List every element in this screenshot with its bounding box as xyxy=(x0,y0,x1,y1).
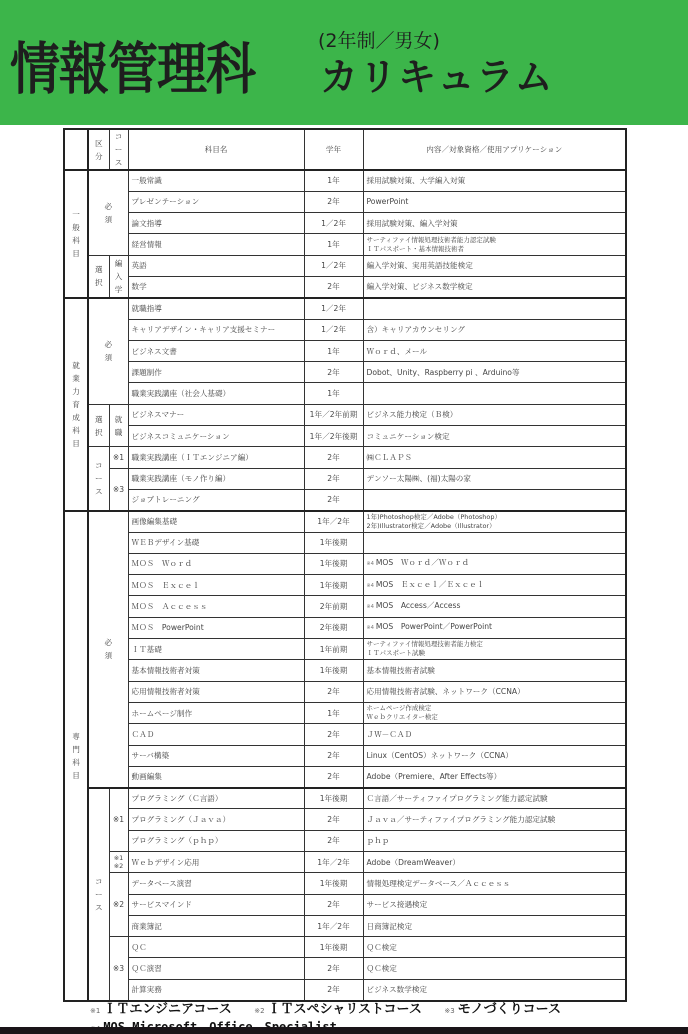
header-subject: 科目名 xyxy=(128,129,304,170)
table-row: ※3 職業実践講座（モノ作り編） 2年 デンソー太陽㈱、(福)太陽の家 xyxy=(64,468,626,489)
subject-cell: キャリアデザイン・キャリア支援セミナー xyxy=(128,319,304,340)
content-cell: 日商簿記検定 xyxy=(363,915,626,936)
label-required: 必須 xyxy=(88,511,128,788)
content-cell: ホームページ作成検定Ｗｅｂクリエイター検定 xyxy=(363,702,626,723)
year-cell: 1年後期 xyxy=(304,788,363,809)
label-course: コース xyxy=(88,447,109,511)
subject-cell: ジョブトレーニング xyxy=(128,489,304,510)
content-cell: Ｗｏｒｄ、メール xyxy=(363,340,626,361)
content-cell: サービス接遇検定 xyxy=(363,894,626,915)
table-row: ＩＴ基礎 1年前期 サーティファイ情報処理技術者能力検定ＩＴパスポート試験 xyxy=(64,639,626,660)
content-cell: ＪＷ－ＣＡＤ xyxy=(363,724,626,745)
year-cell: 2年 xyxy=(304,447,363,468)
table-row: コース ※1 職業実践講座（ＩＴエンジニア編） 2年 ㈱ＣＬＡＰＳ xyxy=(64,447,626,468)
subject-cell: ビジネスコミュニケーション xyxy=(128,426,304,447)
subject-cell: プレゼンテーション xyxy=(128,191,304,212)
table-row: コース ※1 プログラミング（Ｃ言語） 1年後期 Ｃ言語／サーティファイプログラ… xyxy=(64,788,626,809)
year-cell: 2年 xyxy=(304,681,363,702)
label-elective: 選択 xyxy=(88,255,109,298)
bottom-edge-band xyxy=(0,1027,688,1034)
year-cell: 1／2年 xyxy=(304,213,363,234)
content-cell: 基本情報技術者試験 xyxy=(363,660,626,681)
table-row: 動画編集 2年 Adobe（Premiere、After Effects等） xyxy=(64,766,626,787)
year-cell: 1年後期 xyxy=(304,553,363,574)
year-cell: 2年 xyxy=(304,766,363,787)
year-cell: 1年／2年後期 xyxy=(304,426,363,447)
content-cell: Adobe（DreamWeaver） xyxy=(363,852,626,873)
table-row: ビジネス文書 1年 Ｗｏｒｄ、メール xyxy=(64,340,626,361)
content-cell: 情報処理検定データベース／Ａｃｃｅｓｓ xyxy=(363,873,626,894)
content-cell: 採用試験対策、大学編入対策 xyxy=(363,170,626,191)
content-cell: デンソー太陽㈱、(福)太陽の家 xyxy=(363,468,626,489)
subject-cell: データベース演習 xyxy=(128,873,304,894)
content-cell: 採用試験対策、編入学対策 xyxy=(363,213,626,234)
table-row: 専門科目 必須 画像編集基礎 1年／2年 1年)Photoshop検定／Adob… xyxy=(64,511,626,532)
table-row: 選択 就職 ビジネスマナー 1年／2年前期 ビジネス能力検定（Ｂ検） xyxy=(64,404,626,425)
content-cell: 編入学対策、ビジネス数学検定 xyxy=(363,276,626,297)
year-cell: 2年 xyxy=(304,276,363,297)
subject-cell: ＱＣ演習 xyxy=(128,958,304,979)
content-cell: 含）キャリアカウンセリング xyxy=(363,319,626,340)
subject-cell: サービスマインド xyxy=(128,894,304,915)
subject-cell: ＩＴ基礎 xyxy=(128,639,304,660)
header-year: 学年 xyxy=(304,129,363,170)
curriculum-table: 区分 コース 科目名 学年 内容／対象資格／使用アプリケーション 一般科目 必須… xyxy=(63,128,627,1002)
subject-cell: ＭＯＳ Ａｃｃｅｓｓ xyxy=(128,596,304,617)
table-row: プログラミング（Ｊａｖａ） 2年 Ｊａｖａ／サーティファイプログラミング能力認定… xyxy=(64,809,626,830)
table-row: ※1※2 Ｗｅｂデザイン応用 1年／2年 Adobe（DreamWeaver） xyxy=(64,852,626,873)
course-mark-3: ※3 xyxy=(109,468,128,511)
table-row: 選択 編入学 英語 1／2年 編入学対策、実用英語技能検定 xyxy=(64,255,626,276)
year-cell: 1年後期 xyxy=(304,937,363,958)
content-cell: ｐｈｐ xyxy=(363,830,626,851)
subject-cell: 職業実践講座（モノ作り編） xyxy=(128,468,304,489)
label-required: 必須 xyxy=(88,170,128,255)
table-row: 基本情報技術者対策 1年後期 基本情報技術者試験 xyxy=(64,660,626,681)
table-row: ＭＯＳ PowerPoint 2年後期 ※4MOS PowerPoint／Pow… xyxy=(64,617,626,638)
subject-cell: ＭＯＳ Ｅｘｃｅｌ xyxy=(128,575,304,596)
year-cell: 2年 xyxy=(304,468,363,489)
content-cell: PowerPoint xyxy=(363,191,626,212)
table-row: プレゼンテーション 2年 PowerPoint xyxy=(64,191,626,212)
course-mark-1: ※1 xyxy=(109,788,128,852)
subject-cell: 職業実践講座（社会人基礎） xyxy=(128,383,304,404)
content-cell xyxy=(363,383,626,404)
subject-cell: 英語 xyxy=(128,255,304,276)
table-row: 計算実務 2年 ビジネス数学検定 xyxy=(64,979,626,1000)
subject-cell: ＭＯＳ Ｗｏｒｄ xyxy=(128,553,304,574)
year-cell: 2年 xyxy=(304,191,363,212)
course-mark-1: ※1 xyxy=(109,447,128,468)
year-cell: 1／2年 xyxy=(304,255,363,276)
content-cell: ※4MOS Access／Access xyxy=(363,596,626,617)
year-cell: 2年 xyxy=(304,979,363,1000)
course-mark-1-2: ※1※2 xyxy=(109,852,128,873)
subject-cell: プログラミング（Ｃ言語） xyxy=(128,788,304,809)
footnote-it-engineer: ※1ＩＴエンジニアコース xyxy=(90,1002,232,1017)
year-cell: 1年 xyxy=(304,234,363,255)
table-row: 一般科目 必須 一般常識 1年 採用試験対策、大学編入対策 xyxy=(64,170,626,191)
subject-cell: ＱＣ xyxy=(128,937,304,958)
page-header: 情報管理科 (2年制／男女) カリキュラム xyxy=(0,0,688,125)
header-kubun: 区分 xyxy=(88,129,109,170)
subject-cell: サーバ構築 xyxy=(128,745,304,766)
subject-cell: 経営情報 xyxy=(128,234,304,255)
subject-cell: 基本情報技術者対策 xyxy=(128,660,304,681)
section-specialty: 専門科目 xyxy=(64,511,88,1001)
content-cell: 応用情報技術者試験、ネットワーク（CCNA） xyxy=(363,681,626,702)
year-cell: 1年前期 xyxy=(304,639,363,660)
subject-cell: 画像編集基礎 xyxy=(128,511,304,532)
content-cell: ※4MOS Ｗｏｒｄ／Ｗｏｒｄ xyxy=(363,553,626,574)
year-cell: 2年 xyxy=(304,809,363,830)
year-cell: 2年 xyxy=(304,958,363,979)
subject-cell: 応用情報技術者対策 xyxy=(128,681,304,702)
subject-cell: 動画編集 xyxy=(128,766,304,787)
label-job: 就職 xyxy=(109,404,128,447)
content-cell xyxy=(363,532,626,553)
table-row: ＣＡＤ 2年 ＪＷ－ＣＡＤ xyxy=(64,724,626,745)
table-row: 就業力育成科目 必須 就職指導 1／2年 xyxy=(64,298,626,319)
header-content: 内容／対象資格／使用アプリケーション xyxy=(363,129,626,170)
footnote-it-specialist: ※2ＩＴスペシャリストコース xyxy=(254,1002,422,1017)
content-cell: Adobe（Premiere、After Effects等） xyxy=(363,766,626,787)
department-subtitle: (2年制／男女) xyxy=(318,30,440,52)
subject-cell: Ｗｅｂデザイン応用 xyxy=(128,852,304,873)
table-row: 数学 2年 編入学対策、ビジネス数学検定 xyxy=(64,276,626,297)
year-cell: 2年後期 xyxy=(304,617,363,638)
subject-cell: 商業簿記 xyxy=(128,915,304,936)
table-row: 商業簿記 1年／2年 日商簿記検定 xyxy=(64,915,626,936)
table-row: ＱＣ演習 2年 ＱＣ検定 xyxy=(64,958,626,979)
subject-cell: プログラミング（ｐｈｐ） xyxy=(128,830,304,851)
table-row: ビジネスコミュニケーション 1年／2年後期 コミュニケーション検定 xyxy=(64,426,626,447)
content-cell: ＱＣ検定 xyxy=(363,937,626,958)
subject-cell: 職業実践講座（ＩＴエンジニア編） xyxy=(128,447,304,468)
label-elective: 選択 xyxy=(88,404,109,447)
table-row: プログラミング（ｐｈｐ） 2年 ｐｈｐ xyxy=(64,830,626,851)
table-row: 論文指導 1／2年 採用試験対策、編入学対策 xyxy=(64,213,626,234)
course-mark-2: ※2 xyxy=(109,873,128,937)
table-row: 課題制作 2年 Dobot、Unity、Raspberry pi 、Arduin… xyxy=(64,362,626,383)
subject-cell: ビジネス文書 xyxy=(128,340,304,361)
subject-cell: ビジネスマナー xyxy=(128,404,304,425)
year-cell: 1年／2年前期 xyxy=(304,404,363,425)
subject-cell: 数学 xyxy=(128,276,304,297)
year-cell: 2年 xyxy=(304,489,363,510)
subject-cell: 計算実務 xyxy=(128,979,304,1000)
year-cell: 2年 xyxy=(304,745,363,766)
content-cell: 1年)Photoshop検定／Adobe（Photoshop）2年)Illust… xyxy=(363,511,626,532)
table-row: ジョブトレーニング 2年 xyxy=(64,489,626,510)
year-cell: 1年後期 xyxy=(304,873,363,894)
course-mark-3: ※3 xyxy=(109,937,128,1001)
subject-cell: 課題制作 xyxy=(128,362,304,383)
year-cell: 1年 xyxy=(304,383,363,404)
table-row: ＭＯＳ Ａｃｃｅｓｓ 2年前期 ※4MOS Access／Access xyxy=(64,596,626,617)
label-required: 必須 xyxy=(88,298,128,404)
year-cell: 1年／2年 xyxy=(304,915,363,936)
content-cell: ㈱ＣＬＡＰＳ xyxy=(363,447,626,468)
content-cell: サーティファイ情報処理技術者能力検定ＩＴパスポート試験 xyxy=(363,639,626,660)
content-cell: ビジネス能力検定（Ｂ検） xyxy=(363,404,626,425)
table-row: ＷＥＢデザイン基礎 1年後期 xyxy=(64,532,626,553)
subject-cell: 論文指導 xyxy=(128,213,304,234)
year-cell: 1年 xyxy=(304,340,363,361)
content-cell: ビジネス数学検定 xyxy=(363,979,626,1000)
footnote-line-1: ※1ＩＴエンジニアコース ※2ＩＴスペシャリストコース ※3モノづくりコース xyxy=(90,1002,650,1019)
content-cell: Ｃ言語／サーティファイプログラミング能力認定試験 xyxy=(363,788,626,809)
table-row: 経営情報 1年 サーティファイ情報処理技術者能力認定試験ＩＴパスポート・基本情報… xyxy=(64,234,626,255)
table-row: ホームページ制作 1年 ホームページ作成検定Ｗｅｂクリエイター検定 xyxy=(64,702,626,723)
department-title: 情報管理科 xyxy=(10,36,255,103)
table-row: サーバ構築 2年 Linux（CentOS）ネットワーク（CCNA） xyxy=(64,745,626,766)
table-row: サービスマインド 2年 サービス接遇検定 xyxy=(64,894,626,915)
year-cell: 2年 xyxy=(304,724,363,745)
content-cell: ＱＣ検定 xyxy=(363,958,626,979)
table-header-row: 区分 コース 科目名 学年 内容／対象資格／使用アプリケーション xyxy=(64,129,626,170)
content-cell: Dobot、Unity、Raspberry pi 、Arduino等 xyxy=(363,362,626,383)
subject-cell: プログラミング（Ｊａｖａ） xyxy=(128,809,304,830)
footnote-monozukuri: ※3モノづくりコース xyxy=(444,1002,561,1017)
subject-cell: ＷＥＢデザイン基礎 xyxy=(128,532,304,553)
year-cell: 2年前期 xyxy=(304,596,363,617)
content-cell: Ｊａｖａ／サーティファイプログラミング能力認定試験 xyxy=(363,809,626,830)
year-cell: 1／2年 xyxy=(304,298,363,319)
subject-cell: 一般常識 xyxy=(128,170,304,191)
content-cell: サーティファイ情報処理技術者能力認定試験ＩＴパスポート・基本情報技術者 xyxy=(363,234,626,255)
header-category xyxy=(64,129,88,170)
subject-cell: ホームページ制作 xyxy=(128,702,304,723)
year-cell: 1／2年 xyxy=(304,319,363,340)
year-cell: 1年後期 xyxy=(304,532,363,553)
content-cell: Linux（CentOS）ネットワーク（CCNA） xyxy=(363,745,626,766)
table-row: ＭＯＳ Ｅｘｃｅｌ 1年後期 ※4MOS Ｅｘｃｅｌ／Ｅｘｃｅｌ xyxy=(64,575,626,596)
table-row: ＭＯＳ Ｗｏｒｄ 1年後期 ※4MOS Ｗｏｒｄ／Ｗｏｒｄ xyxy=(64,553,626,574)
table-row: 応用情報技術者対策 2年 応用情報技術者試験、ネットワーク（CCNA） xyxy=(64,681,626,702)
year-cell: 2年 xyxy=(304,362,363,383)
label-course: コース xyxy=(88,788,109,1001)
section-employment: 就業力育成科目 xyxy=(64,298,88,511)
content-cell: コミュニケーション検定 xyxy=(363,426,626,447)
year-cell: 1年 xyxy=(304,170,363,191)
header-course: コース xyxy=(109,129,128,170)
table-row: ※2 データベース演習 1年後期 情報処理検定データベース／Ａｃｃｅｓｓ xyxy=(64,873,626,894)
section-general: 一般科目 xyxy=(64,170,88,298)
table-row: 職業実践講座（社会人基礎） 1年 xyxy=(64,383,626,404)
content-cell xyxy=(363,298,626,319)
content-cell: ※4MOS Ｅｘｃｅｌ／Ｅｘｃｅｌ xyxy=(363,575,626,596)
year-cell: 1年／2年 xyxy=(304,852,363,873)
content-cell xyxy=(363,489,626,510)
subject-cell: ＣＡＤ xyxy=(128,724,304,745)
year-cell: 1年後期 xyxy=(304,660,363,681)
subject-cell: ＭＯＳ PowerPoint xyxy=(128,617,304,638)
content-cell: 編入学対策、実用英語技能検定 xyxy=(363,255,626,276)
subject-cell: 就職指導 xyxy=(128,298,304,319)
year-cell: 1年 xyxy=(304,702,363,723)
table-row: ※3 ＱＣ 1年後期 ＱＣ検定 xyxy=(64,937,626,958)
year-cell: 2年 xyxy=(304,894,363,915)
table-row: キャリアデザイン・キャリア支援セミナー 1／2年 含）キャリアカウンセリング xyxy=(64,319,626,340)
year-cell: 1年／2年 xyxy=(304,511,363,532)
year-cell: 2年 xyxy=(304,830,363,851)
content-cell: ※4MOS PowerPoint／PowerPoint xyxy=(363,617,626,638)
year-cell: 1年後期 xyxy=(304,575,363,596)
label-transfer: 編入学 xyxy=(109,255,128,298)
curriculum-title: カリキュラム xyxy=(320,54,554,100)
